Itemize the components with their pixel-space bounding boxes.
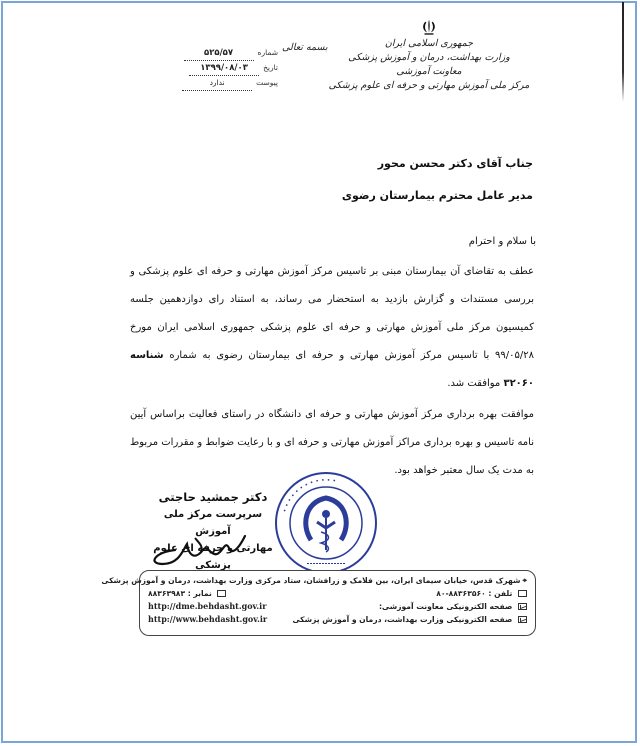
footer-phone: تلفن : ۸۸۳۶۳۵۶۰-۸۰ <box>436 587 527 600</box>
invocation: بسمه تعالی <box>282 42 328 53</box>
addressee-name: جناب آقای دکتر محسن محور <box>342 148 533 180</box>
letterhead-deputy: معاونت آموزشی <box>324 65 534 79</box>
scan-edge-line <box>622 2 624 102</box>
letter-attachment-row: پیوست ندارد <box>138 76 278 91</box>
footer-edu-site-row: صفحه الکترونیکی معاونت آموزشی: http://dm… <box>148 600 527 613</box>
letterhead: جمهوری اسلامی ایران وزارت بهداشت، درمان … <box>324 18 534 93</box>
paragraph-1-end: موافقت شد. <box>447 378 503 389</box>
edu-site-label: صفحه الکترونیکی معاونت آموزشی: <box>379 602 512 611</box>
letter-meta: شماره ۵۲۵/۵۷ تاریخ ۱۳۹۹/۰۸/۰۳ پیوست ندار… <box>138 46 278 91</box>
paragraph-1-text: عطف به تقاضای آن بیمارستان مبنی بر تاسیس… <box>130 266 534 361</box>
body-paragraph-1: عطف به تقاضای آن بیمارستان مبنی بر تاسیس… <box>130 258 534 398</box>
number-label: شماره <box>258 46 278 60</box>
fax-number: ۸۸۳۶۳۹۸۳ <box>148 589 185 598</box>
letterhead-center: مرکز ملی آموزش مهارتی و حرفه ای علوم پزش… <box>324 79 534 93</box>
letterhead-ministry: وزارت بهداشت، درمان و آموزش پزشکی <box>324 51 534 65</box>
ministry-site-label: صفحه الکترونیکی وزارت بهداشت، درمان و آم… <box>292 615 512 624</box>
footer-address-row: ⌖ شهرک قدس، خیابان سیمای ایران، بین فلام… <box>148 574 527 587</box>
letter-body: عطف به تقاضای آن بیمارستان مبنی بر تاسیس… <box>130 258 534 485</box>
fax-icon <box>217 590 226 597</box>
letter-footer: ⌖ شهرک قدس، خیابان سیمای ایران، بین فلام… <box>139 570 536 636</box>
letterhead-country: جمهوری اسلامی ایران <box>324 37 534 51</box>
mail-icon <box>518 603 527 610</box>
iran-emblem-icon <box>420 18 438 36</box>
phone-label: تلفن : <box>488 589 512 598</box>
letter-date: ۱۳۹۹/۰۸/۰۳ <box>189 61 259 76</box>
fax-label: نمابر : <box>188 589 212 598</box>
footer-address: شهرک قدس، خیابان سیمای ایران، بین فلامک … <box>101 574 520 587</box>
edu-site-label-wrap: صفحه الکترونیکی معاونت آموزشی: <box>379 600 527 613</box>
addressee-title: مدیر عامل محترم بیمارستان رضوی <box>342 180 533 212</box>
letter-number: ۵۲۵/۵۷ <box>184 46 254 61</box>
signatory-name: دکتر جمشید حاجتی <box>148 488 278 506</box>
official-stamp-icon: • • • • • • • • • • • • <box>273 470 379 576</box>
handwritten-signature <box>145 530 255 568</box>
edu-site-link[interactable]: http://dme.behdasht.gov.ir <box>148 600 266 613</box>
letter-date-row: تاریخ ۱۳۹۹/۰۸/۰۳ <box>138 61 278 76</box>
mail-icon <box>518 616 527 623</box>
location-icon: ⌖ <box>522 574 527 587</box>
greeting: با سلام و احترام <box>469 236 536 247</box>
ministry-site-label-wrap: صفحه الکترونیکی وزارت بهداشت، درمان و آم… <box>292 613 527 626</box>
letter-attachment: ندارد <box>182 76 252 91</box>
date-label: تاریخ <box>263 61 278 75</box>
footer-fax: نمابر : ۸۸۳۶۳۹۸۳ <box>148 587 226 600</box>
addressee: جناب آقای دکتر محسن محور مدیر عامل محترم… <box>342 148 533 212</box>
footer-ministry-site-row: صفحه الکترونیکی وزارت بهداشت، درمان و آم… <box>148 613 527 626</box>
phone-icon <box>518 590 527 597</box>
attachment-label: پیوست <box>256 76 278 90</box>
letter-number-row: شماره ۵۲۵/۵۷ <box>138 46 278 61</box>
ministry-site-link[interactable]: http://www.behdasht.gov.ir <box>148 613 267 626</box>
phone-number: ۸۸۳۶۳۵۶۰-۸۰ <box>436 589 486 598</box>
footer-contact-row: تلفن : ۸۸۳۶۳۵۶۰-۸۰ نمابر : ۸۸۳۶۳۹۸۳ <box>148 587 527 600</box>
